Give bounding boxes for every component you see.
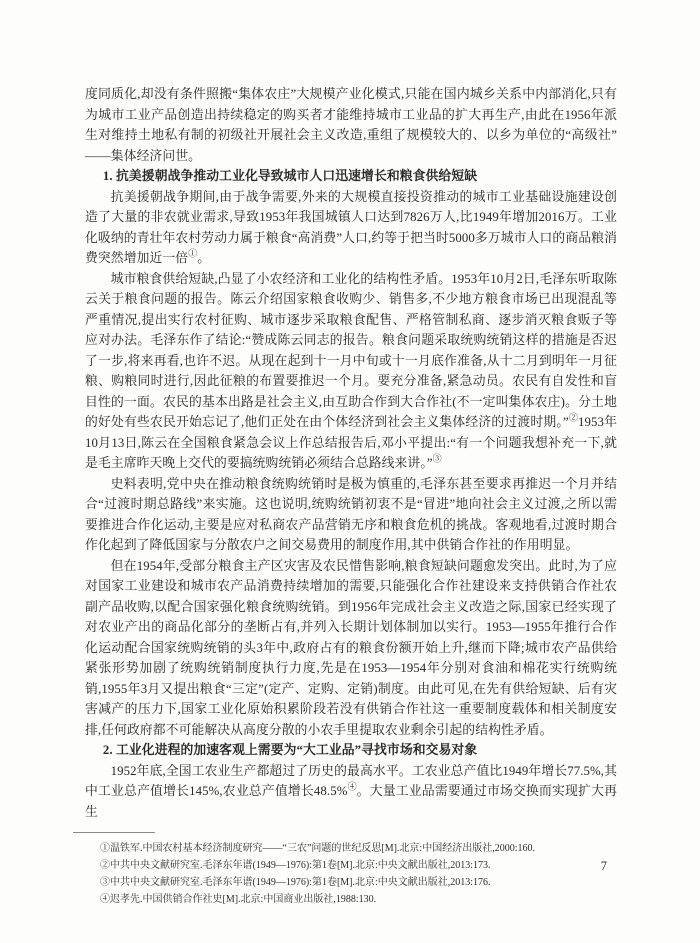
paragraph-grain-shortage-report: 城市粮食供给短缺,凸显了小农经济和工业化的结构性矛盾。1953年10月2日,毛泽… — [85, 269, 617, 474]
footnotes-section: ①温铁军.中国农村基本经济制度研究——“三农”问题的世纪反思[M].北京:中国经… — [85, 832, 617, 908]
footnote-4: ④迟孝先.中国供销合作社史[M].北京:中国商业出版社,1988:130. — [85, 891, 617, 908]
document-page: 度同质化,却没有条件照搬“集体农庄”大规模产业化模式,只能在国内城乡关系中内部消… — [0, 0, 700, 943]
paragraph-1954-shortage: 但在1954年,受部分粮食主产区灾害及农民惜售影响,粮食短缺问题愈发突出。此时,… — [85, 556, 617, 741]
footnote-marker: ① — [188, 249, 197, 259]
footnote-1: ①温铁军.中国农村基本经济制度研究——“三农”问题的世纪反思[M].北京:中国经… — [85, 840, 617, 857]
main-text-block: 度同质化,却没有条件照搬“集体农庄”大规模产业化模式,只能在国内城乡关系中内部消… — [85, 84, 617, 822]
paragraph-korean-war-industrialization: 抗美援朝战争期间,由于战争需要,外来的大规模直接投资推动的城市工业基础设施建设创… — [85, 187, 617, 269]
footnote-separator-rule — [73, 832, 155, 833]
section-heading-2: 2. 工业化进程的加速客观上需要为“大工业品”寻找市场和交易对象 — [85, 740, 617, 761]
footnote-marker: ② — [569, 413, 578, 423]
footnote-marker: ④ — [347, 782, 356, 792]
footnote-3: ③中共中央文献研究室.毛泽东年谱(1949—1976):第1卷[M].北京:中央… — [85, 874, 617, 891]
section-heading-1: 1. 抗美援朝战争推动工业化导致城市人口迅速增长和粮食供给短缺 — [85, 166, 617, 187]
footnote-marker: ③ — [433, 454, 442, 464]
paragraph-1952-output: 1952年底,全国工农业生产都超过了历史的最高水平。工农业总产值比1949年增长… — [85, 761, 617, 823]
page-number: 7 — [601, 859, 607, 874]
paragraph-historical-evidence: 史料表明,党中央在推动粮食统购统销时是极为慎重的,毛泽东甚至要求再推迟一个月并结… — [85, 474, 617, 556]
footnote-2: ②中共中央文献研究室.毛泽东年谱(1949—1976):第1卷[M].北京:中央… — [85, 857, 617, 874]
paragraph-continuation: 度同质化,却没有条件照搬“集体农庄”大规模产业化模式,只能在国内城乡关系中内部消… — [85, 84, 617, 166]
